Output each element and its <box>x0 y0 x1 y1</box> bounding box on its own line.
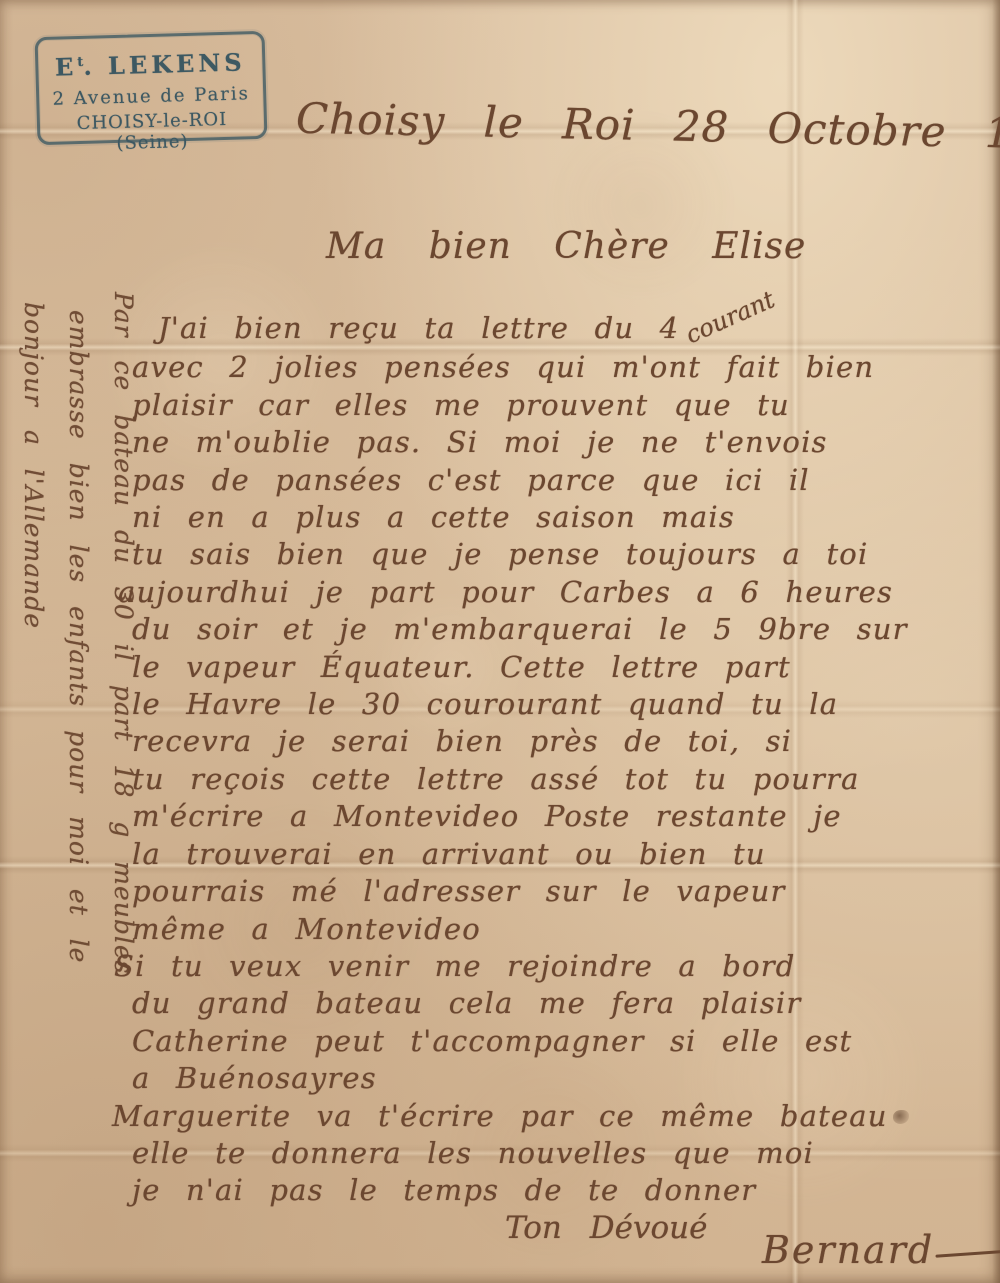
letter-line: recevra je serai bien près de toi, si <box>132 723 998 760</box>
letter-line: aujourdhui je part pour Carbes a 6 heure… <box>118 574 998 611</box>
date-line: Choisy le Roi 28 Octobre 1888 <box>296 94 1000 160</box>
sender-stamp: Et. LEKENS 2 Avenue de Paris CHOISY-le-R… <box>35 31 268 145</box>
closing: Ton Dévoué <box>505 1210 707 1246</box>
letter-line: la trouverai en arrivant ou bien tu <box>132 836 998 873</box>
stamp-name: Et. LEKENS <box>38 47 263 82</box>
letter-line: le vapeur Équateur. Cette lettre part <box>132 649 998 686</box>
letter-line: m'écrire a Montevideo Poste restante je <box>132 798 998 835</box>
letter-line: Catherine peut t'accompagner si elle est <box>132 1023 998 1060</box>
stamp-city: CHOISY-le-ROI (Seine) <box>40 108 265 156</box>
margin-line: bonjour a l'Allemande <box>11 302 56 1282</box>
letter-line: même a Montevideo <box>132 911 998 948</box>
letter-line: ni en a plus a cette saison mais <box>132 499 998 536</box>
salutation: Ma bien Chère Elise <box>326 226 806 267</box>
margin-line: Par ce bateau du 30 il part 18 g meubles <box>101 292 146 1282</box>
letter-page: Et. LEKENS 2 Avenue de Paris CHOISY-le-R… <box>0 0 1000 1283</box>
letter-line: ne m'oublie pas. Si moi je ne t'envois <box>132 424 998 461</box>
letter-line: tu reçois cette lettre assé tot tu pourr… <box>132 761 998 798</box>
letter-line: le Havre le 30 courourant quand tu la <box>132 686 998 723</box>
letter-body: J'ai bien reçu ta lettre du 4courantavec… <box>132 310 998 1210</box>
signature: Bernard <box>762 1228 1000 1272</box>
letter-line: J'ai bien reçu ta lettre du 4courant <box>158 310 998 349</box>
margin-line: embrasse bien les enfants pour moi et le <box>56 310 101 1282</box>
signature-flourish <box>936 1249 1000 1257</box>
letter-line: pourrais mé l'adresser sur le vapeur <box>132 873 998 910</box>
signature-name: Bernard <box>762 1228 934 1272</box>
margin-note: Par ce bateau du 30 il part 18 g meubles… <box>11 292 146 1282</box>
letter-line: du grand bateau cela me fera plaisir <box>132 985 998 1022</box>
letter-line: plaisir car elles me prouvent que tu <box>132 387 998 424</box>
line-tail: courant <box>680 282 781 355</box>
letter-line: du soir et je m'embarquerai le 5 9bre su… <box>132 611 998 648</box>
letter-line: je n'ai pas le temps de te donner <box>132 1172 998 1209</box>
letter-line: Si tu veux venir me rejoindre a bord <box>114 948 998 985</box>
letter-line: Marguerite va t'écrire par ce même batea… <box>112 1098 998 1135</box>
letter-line: elle te donnera les nouvelles que moi <box>132 1135 998 1172</box>
letter-line: tu sais bien que je pense toujours a toi <box>132 536 998 573</box>
letter-line: pas de pansées c'est parce que ici il <box>132 462 998 499</box>
letter-line: avec 2 jolies pensées qui m'ont fait bie… <box>132 349 998 386</box>
stamp-address: 2 Avenue de Paris <box>39 83 263 110</box>
letter-line: a Buénosayres <box>132 1060 998 1097</box>
